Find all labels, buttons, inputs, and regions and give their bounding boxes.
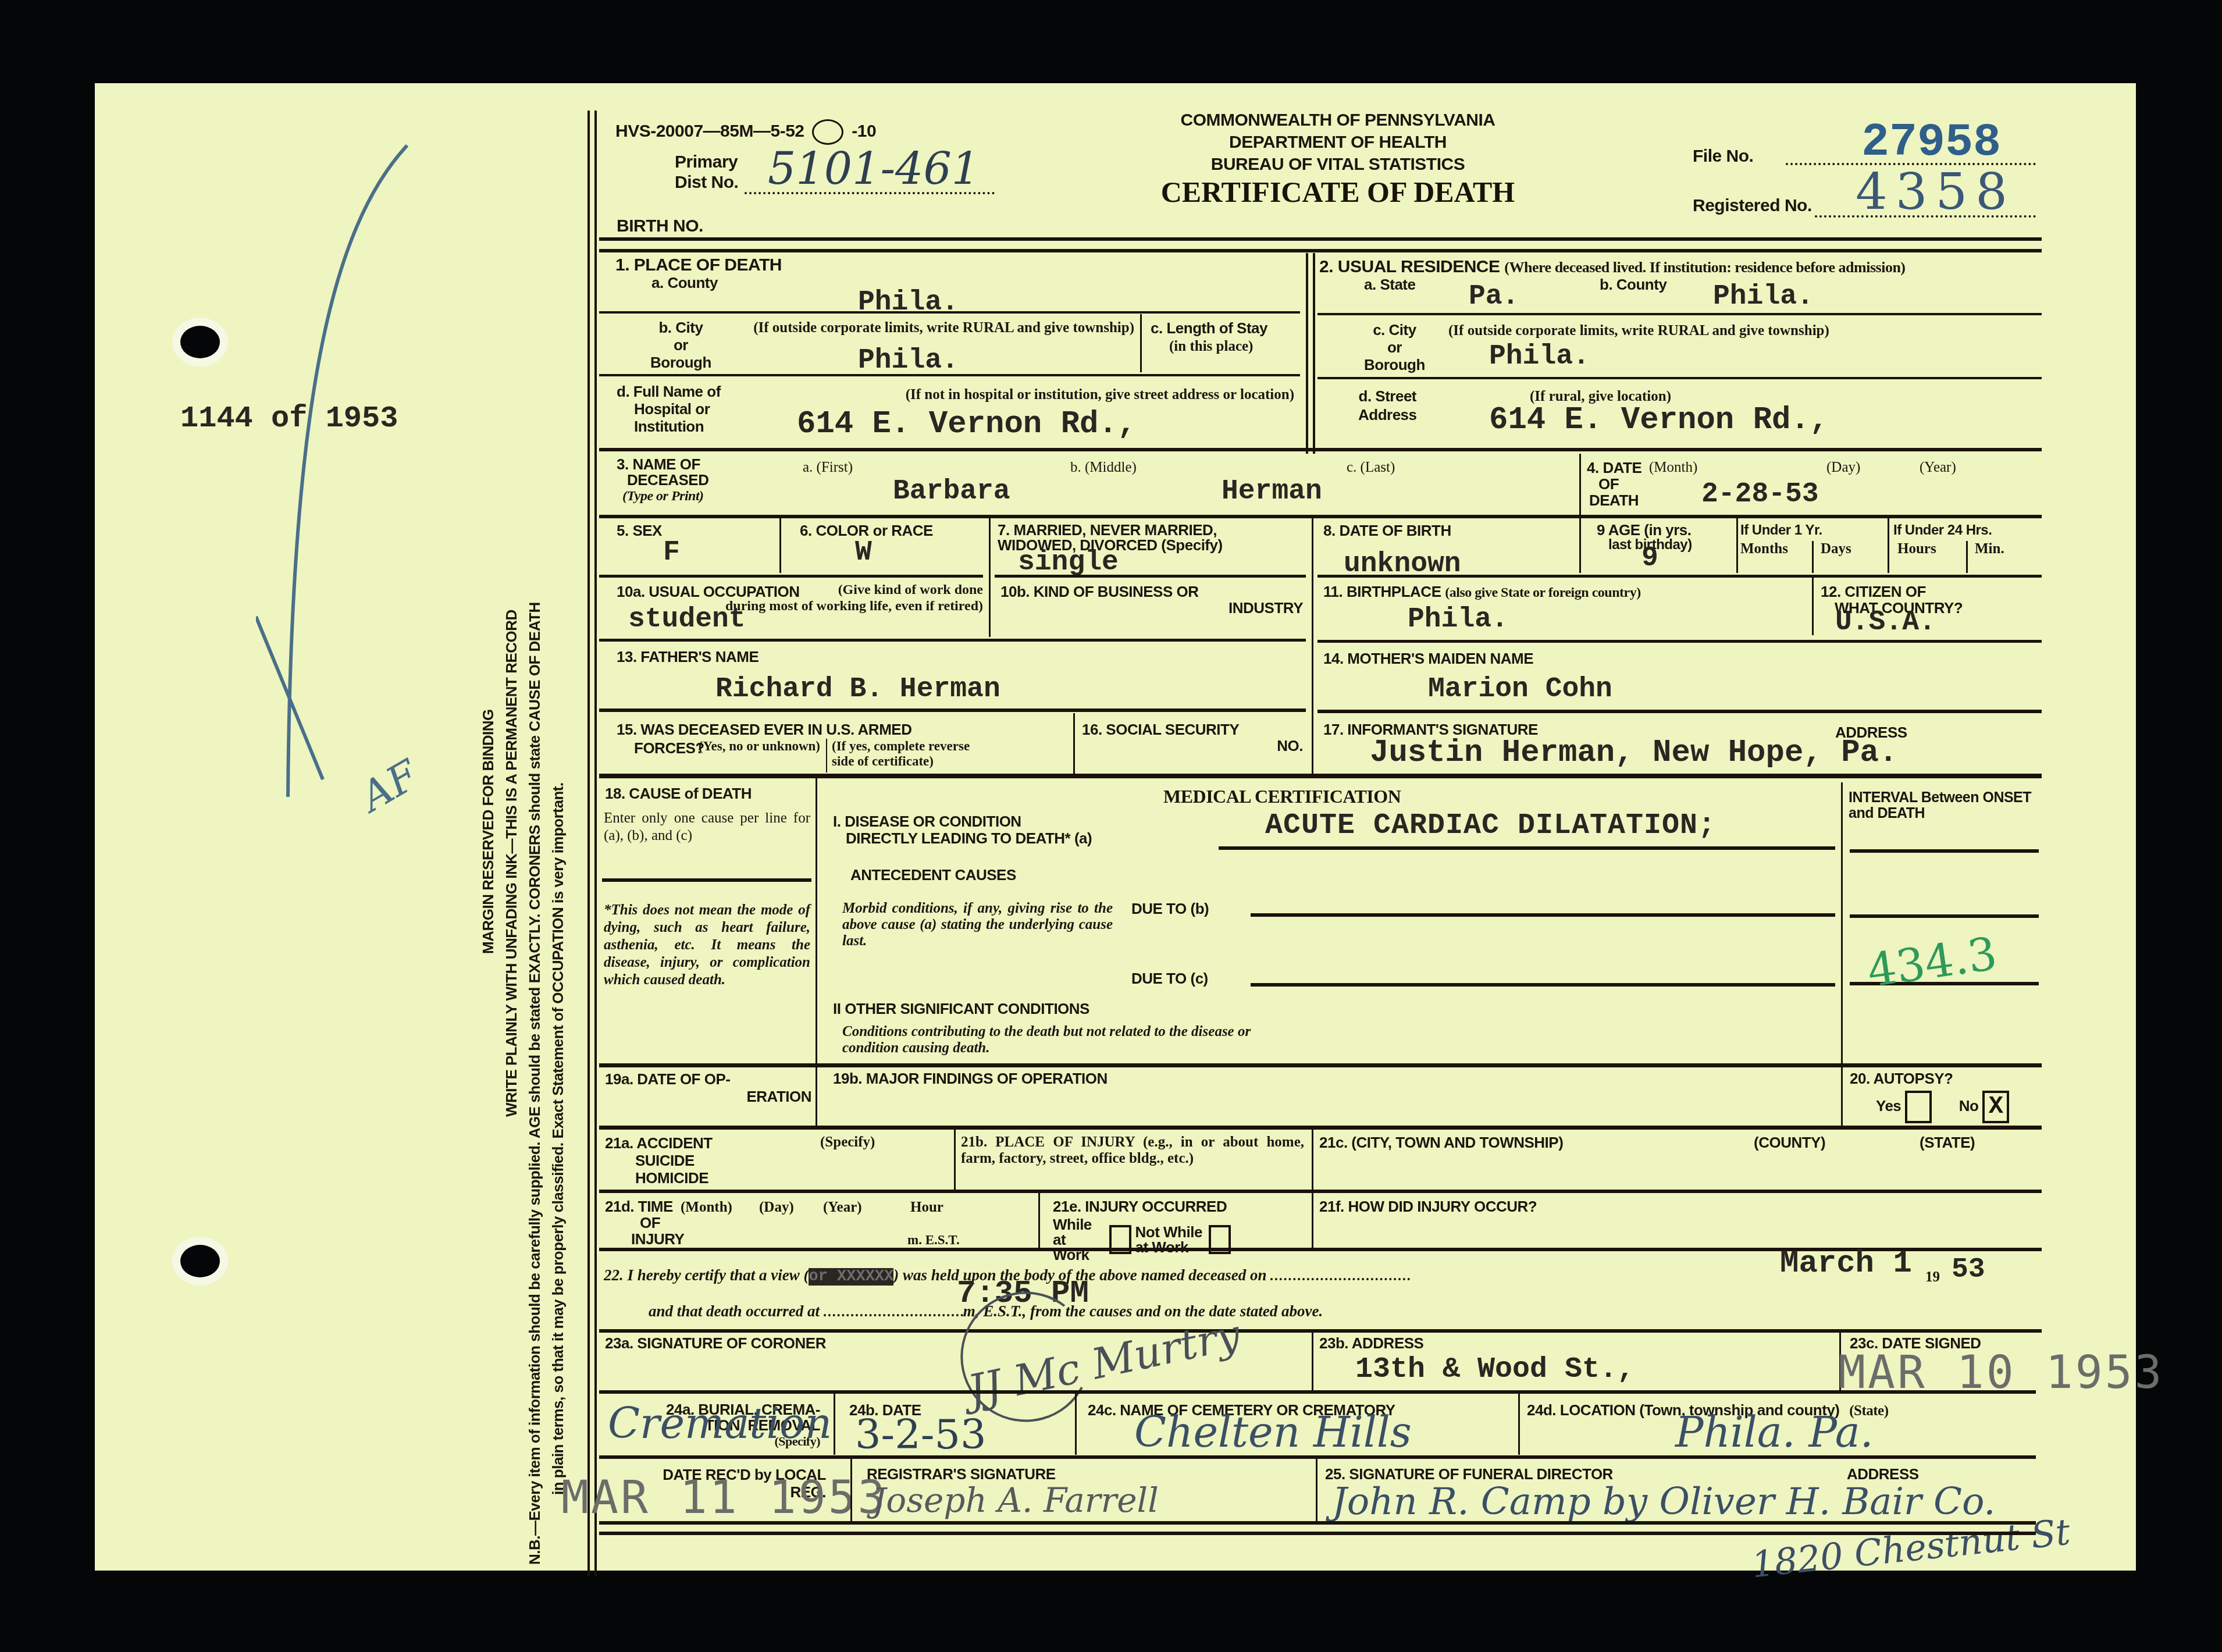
cause-rule	[602, 878, 811, 882]
section-rule	[599, 515, 2042, 518]
agency-line-3: BUREAU OF VITAL STATISTICS	[1105, 154, 1571, 176]
accident-label-3: HOMICIDE	[605, 1169, 713, 1187]
birthplace-hint: (also give State or foreign country)	[1445, 585, 1640, 600]
interval-line-a	[1850, 849, 2039, 853]
nb-note-line-1: N.B.—Every item of information should be…	[526, 602, 543, 1565]
row-rule	[1317, 575, 2042, 578]
autopsy-options: Yes No X	[1876, 1091, 2009, 1123]
part1-label: I. DISEASE OR CONDITION DIRECTLY LEADING…	[833, 813, 1092, 847]
form-left-border	[587, 111, 590, 1576]
autopsy-yes-label: Yes	[1876, 1097, 1901, 1115]
pod-city-label-1: b. City	[650, 319, 711, 336]
agency-line-1: COMMONWEALTH OF PENNSYLVANIA	[1105, 109, 1571, 131]
res-street-label: d. Street Address	[1358, 387, 1417, 424]
race-value: W	[855, 538, 872, 567]
row-rule	[1317, 710, 2042, 713]
dist-no-value: 5101-461	[768, 143, 980, 194]
pod-hospital-hint: (If not in hospital or institution, give…	[814, 387, 1294, 403]
dod-year-label: (Year)	[1920, 460, 1956, 475]
while-work-option: While at Work Not While at Work	[1053, 1217, 1297, 1262]
other-conditions-label: II OTHER SIGNIFICANT CONDITIONS	[833, 1001, 1089, 1017]
mother-value: Marion Cohn	[1428, 675, 1612, 704]
section-rule	[599, 1190, 2042, 1193]
form-left-border-inner	[594, 111, 597, 1576]
section-rule	[599, 1329, 2042, 1333]
cause-instructions: Enter only one cause per line for (a), (…	[604, 810, 810, 845]
res-city-label-2: or	[1364, 339, 1425, 356]
pod-hospital-label-2: Hospital or	[617, 400, 721, 418]
marital-value: single	[1018, 548, 1119, 577]
cert-text-3: and that death occurred at	[649, 1302, 820, 1320]
col-divider	[1518, 1394, 1520, 1455]
autopsy-no-label: No	[1959, 1097, 1979, 1115]
res-state-value: Pa.	[1469, 282, 1519, 311]
year-prefix: 19	[1925, 1269, 1940, 1285]
age-value: 9	[1641, 544, 1658, 573]
form-code-text: HVS-20007—85M—5-52	[615, 122, 804, 141]
dod-divider	[1579, 454, 1581, 518]
file-no-label: File No.	[1693, 148, 1753, 165]
injury-day-label: (Day)	[759, 1199, 794, 1215]
name-label-2: DECEASED	[617, 472, 708, 488]
coroner-signature-label: 23a. SIGNATURE OF CORONER	[605, 1335, 826, 1351]
part1-label-1: I. DISEASE OR CONDITION	[833, 813, 1092, 830]
header-rule-2	[599, 249, 2042, 252]
accident-label-1: 21a. ACCIDENT	[605, 1134, 713, 1152]
registrar-signature: Joseph A. Farrell	[873, 1480, 1159, 1520]
name-label-1: 3. NAME OF	[617, 457, 708, 472]
dod-label-1: 4. DATE	[1587, 460, 1641, 476]
col-divider	[1812, 577, 1814, 635]
cause-line-c	[1251, 983, 1835, 987]
accident-specify: (Specify)	[820, 1134, 875, 1150]
received-date-stamp: MAR 11 1953	[561, 1472, 888, 1524]
col-divider	[954, 1130, 956, 1191]
punch-hole-bottom	[180, 1245, 220, 1277]
pod-hospital-label: d. Full Name of Hospital or Institution	[617, 383, 721, 435]
bottom-rule-2	[599, 1532, 2036, 1535]
section-1-2-divider-b	[1313, 253, 1315, 454]
row-rule	[599, 639, 1306, 642]
stay-divider	[1140, 314, 1142, 372]
agency-block: COMMONWEALTH OF PENNSYLVANIA DEPARTMENT …	[1105, 109, 1571, 208]
dod-month-label: (Month)	[1649, 460, 1697, 475]
col-divider	[1073, 713, 1075, 776]
dod-label-2: OF	[1587, 476, 1641, 492]
row-rule	[599, 311, 1300, 314]
res-street-label-2: Address	[1358, 405, 1417, 424]
ssn-label: 16. SOCIAL SECURITY NO.	[1082, 721, 1303, 754]
header-rule	[599, 237, 2042, 241]
col-divider	[1736, 518, 1738, 573]
registered-no-value: 4358	[1856, 163, 2016, 221]
op-date-label-2: ERATION	[605, 1088, 811, 1105]
hours-label: Hours	[1897, 541, 1936, 557]
col-divider	[989, 518, 991, 637]
accident-label: 21a. ACCIDENT SUICIDE HOMICIDE	[605, 1134, 713, 1187]
cert-time-line	[824, 1314, 963, 1316]
marital-label-1: 7. MARRIED, NEVER MARRIED,	[998, 522, 1223, 537]
col-divider	[1812, 541, 1814, 573]
pod-city-value: Phila.	[858, 346, 959, 375]
punch-hole-top	[180, 326, 220, 358]
first-name-value: Barbara	[893, 477, 1010, 506]
sex-label: 5. SEX	[617, 522, 662, 539]
injury-city-label: 21c. (CITY, TOWN AND TOWNSHIP)	[1319, 1134, 1563, 1151]
usual-residence-title: 2. USUAL RESIDENCE	[1319, 257, 1500, 276]
place-of-death-heading: 1. PLACE OF DEATH	[615, 257, 782, 273]
section-rule	[599, 1390, 2036, 1394]
binding-note: MARGIN RESERVED FOR BINDING	[480, 709, 496, 954]
min-label: Min.	[1975, 541, 2004, 557]
injury-county-label: (COUNTY)	[1754, 1134, 1825, 1151]
op-findings-label: 19b. MAJOR FINDINGS OF OPERATION	[833, 1070, 1108, 1087]
part1-label-2-text: DIRECTLY LEADING TO DEATH*	[846, 829, 1070, 847]
funeral-director-signature: John R. Camp by Oliver H. Bair Co.	[1332, 1480, 1996, 1523]
res-street-value: 614 E. Vernon Rd.,	[1489, 406, 1828, 435]
father-value: Richard B. Herman	[715, 675, 1000, 704]
injury-occurred-label: 21e. INJURY OCCURRED	[1053, 1198, 1227, 1215]
mother-label: 14. MOTHER'S MAIDEN NAME	[1323, 650, 1533, 667]
cert-struck-text: or XXXXXX	[809, 1268, 893, 1286]
nb-note-line-2: in plain terms, so that it may be proper…	[550, 782, 566, 1495]
business-label-1: 10b. KIND OF BUSINESS OR	[1000, 583, 1303, 600]
row-rule	[599, 708, 1306, 712]
res-city-label-1: c. City	[1364, 321, 1425, 339]
injury-year-label: (Year)	[823, 1199, 862, 1215]
informant-value: Justin Herman, New Hope, Pa.	[1370, 739, 1897, 768]
view-year-value: 53	[1952, 1255, 1985, 1284]
autopsy-label: 20. AUTOPSY?	[1850, 1070, 1953, 1087]
location-value: Phila. Pa.	[1675, 1408, 1874, 1457]
pod-hospital-label-1: d. Full Name of	[617, 383, 721, 400]
col-divider	[850, 1459, 852, 1523]
section-rule	[599, 1126, 2042, 1130]
arrow-annotation-icon	[256, 111, 448, 838]
age-label-1: 9 AGE (in yrs.	[1597, 522, 1692, 537]
ssn-label-1: 16. SOCIAL SECURITY	[1082, 721, 1303, 738]
section-rule	[599, 1455, 2036, 1459]
due-to-c-label: DUE TO (c)	[1131, 970, 1208, 987]
pod-county-label: a. County	[651, 275, 718, 291]
bottom-rule	[599, 1521, 2036, 1525]
pod-city-label: b. City or Borough	[650, 319, 711, 371]
dist-no-label: Dist No.	[675, 175, 738, 191]
birthplace-label-text: 11. BIRTHPLACE	[1323, 583, 1441, 600]
primary-label: Primary	[675, 154, 738, 170]
cause-line-a	[1219, 846, 1835, 850]
row-rule	[1317, 377, 2042, 379]
cemetery-value: Chelten Hills	[1134, 1408, 1412, 1457]
coroner-address-label: 23b. ADDRESS	[1319, 1335, 1423, 1351]
sex-value: F	[663, 538, 680, 567]
res-city-label-3: Borough	[1364, 356, 1425, 373]
disposition-date-value: 3-2-53	[855, 1411, 986, 1458]
col-divider	[1312, 518, 1313, 774]
section-rule	[599, 774, 2042, 778]
cause-line-a-value: ACUTE CARDIAC DILATATION;	[1265, 811, 1716, 841]
interval-divider	[1841, 782, 1843, 1064]
business-label: 10b. KIND OF BUSINESS OR INDUSTRY	[1000, 583, 1303, 616]
birth-no-label: BIRTH NO.	[617, 218, 703, 234]
funeral-director-label: 25. SIGNATURE OF FUNERAL DIRECTOR	[1325, 1466, 1613, 1482]
under1-label: If Under 1 Yr.	[1740, 522, 1822, 539]
business-label-2: INDUSTRY	[1000, 600, 1303, 616]
due-to-b-label: DUE TO (b)	[1131, 900, 1209, 917]
usual-residence-heading: 2. USUAL RESIDENCE (Where deceased lived…	[1319, 259, 1906, 275]
injury-how-label: 21f. HOW DID INJURY OCCUR?	[1319, 1198, 1537, 1215]
occupation-value: student	[628, 605, 746, 634]
union-label-icon	[812, 119, 843, 145]
write-plainly-note: WRITE PLAINLY WITH UNFADING INK—THIS IS …	[503, 610, 519, 1117]
line-a-marker: (a)	[1074, 829, 1092, 847]
name-label-3: (Type or Print)	[617, 488, 708, 505]
res-street-hint: (If rural, give location)	[1530, 389, 1671, 404]
pod-stay-label: c. Length of Stay	[1151, 320, 1267, 336]
section-1-2-divider	[1306, 253, 1308, 454]
injury-place-label: 21b. PLACE OF INJURY (e.g., in or about …	[961, 1134, 1304, 1167]
col-divider	[779, 518, 781, 573]
op-date-label-1: 19a. DATE OF OP-	[605, 1070, 811, 1088]
part1-label-2: DIRECTLY LEADING TO DEATH* (a)	[833, 830, 1092, 847]
accident-label-2: SUICIDE	[605, 1152, 713, 1169]
last-label: c. (Last)	[1347, 460, 1395, 475]
birthplace-value: Phila.	[1408, 605, 1508, 634]
col-divider	[1312, 1332, 1313, 1390]
res-county-value: Phila.	[1713, 282, 1814, 311]
cause-footnote: *This does not mean the mode of dying, s…	[604, 902, 810, 989]
name-label: 3. NAME OF DECEASED (Type or Print)	[617, 457, 708, 505]
under24-label: If Under 24 Hrs.	[1893, 522, 1992, 539]
cause-instr-divider	[816, 778, 817, 1063]
dod-label: 4. DATE OF DEATH	[1587, 460, 1641, 508]
pod-city-hint: (If outside corporate limits, write RURA…	[733, 320, 1134, 336]
armed-hint-1: (Yes, no or unknown)	[692, 739, 820, 754]
res-street-label-1: d. Street	[1358, 387, 1417, 405]
file-no-value: 27958	[1861, 116, 2001, 169]
last-name-value: Herman	[1222, 477, 1322, 506]
citizen-value: U.S.A.	[1835, 608, 1936, 637]
autopsy-no-checkbox[interactable]: X	[1982, 1091, 2009, 1123]
col-divider	[1841, 1067, 1843, 1126]
injury-hour-label: Hour	[910, 1199, 943, 1215]
first-label: a. (First)	[803, 460, 853, 475]
pod-city-label-3: Borough	[650, 354, 711, 371]
burial-value: Cremation	[608, 1399, 832, 1448]
res-county-label: b. County	[1600, 276, 1667, 293]
col-divider	[1038, 1193, 1040, 1248]
certificate-title: CERTIFICATE OF DEATH	[1105, 176, 1571, 208]
months-label: Months	[1740, 541, 1788, 557]
pod-hospital-value: 614 E. Vernon Rd.,	[797, 410, 1136, 439]
injury-time-label-2: OF	[605, 1215, 684, 1231]
pod-hospital-label-3: Institution	[617, 418, 721, 435]
agency-line-2: DEPARTMENT OF HEALTH	[1105, 131, 1571, 154]
pod-city-label-2: or	[650, 336, 711, 354]
injury-month-label: (Month)	[681, 1199, 732, 1215]
section-rule	[599, 1063, 2042, 1067]
interval-label: INTERVAL Between ONSET and DEATH	[1849, 790, 2041, 821]
morbid-text: Morbid conditions, if any, giving rise t…	[842, 900, 1113, 949]
registered-no-label: Registered No.	[1693, 198, 1812, 214]
injury-state-label: (STATE)	[1920, 1134, 1975, 1151]
col-divider	[1075, 1394, 1077, 1455]
dob-label: 8. DATE OF BIRTH	[1323, 522, 1451, 539]
injury-time-label-1: 21d. TIME	[605, 1198, 684, 1215]
injury-time-label: 21d. TIME OF INJURY	[605, 1198, 684, 1247]
cause-line-b	[1251, 913, 1835, 917]
funeral-address-label: ADDRESS	[1847, 1466, 1919, 1482]
col-divider	[834, 1394, 835, 1455]
col-divider	[1888, 518, 1889, 573]
col-divider	[816, 1067, 817, 1126]
ssn-label-2: NO.	[1082, 738, 1303, 754]
col-divider	[1579, 518, 1581, 573]
row-rule	[995, 575, 1306, 578]
row-rule	[599, 575, 983, 578]
other-conditions-hint: Conditions contributing to the death but…	[842, 1024, 1308, 1056]
date-of-death-value: 2-28-53	[1701, 480, 1819, 509]
pod-stay-hint: (in this place)	[1169, 339, 1253, 354]
days-label: Days	[1821, 541, 1851, 557]
view-date-value: March 1	[1780, 1249, 1912, 1279]
col-divider	[1966, 541, 1968, 573]
armed-hint-2: (If yes, complete reverse side of certif…	[832, 739, 971, 769]
citizen-label-1: 12. CITIZEN OF	[1821, 583, 1963, 600]
res-city-hint: (If outside corporate limits, write RURA…	[1448, 323, 1829, 339]
antecedent-label: ANTECEDENT CAUSES	[850, 867, 1016, 883]
coroner-address-value: 13th & Wood St.,	[1355, 1355, 1635, 1384]
registrar-signature-label: REGISTRAR'S SIGNATURE	[867, 1466, 1056, 1482]
middle-label: b. (Middle)	[1070, 460, 1137, 475]
usual-residence-hint: (Where deceased lived. If institution: r…	[1504, 259, 1905, 276]
res-state-label: a. State	[1364, 276, 1416, 293]
medical-certification-title: MEDICAL CERTIFICATION	[1163, 788, 1401, 804]
while-work-label: While at Work	[1053, 1217, 1105, 1262]
injury-time-label-3: INJURY	[605, 1231, 684, 1247]
injury-est-label: m. E.S.T.	[907, 1232, 960, 1248]
dod-day-label: (Day)	[1826, 460, 1860, 475]
row-rule	[599, 374, 1300, 376]
row-rule	[1317, 640, 2042, 643]
op-date-label: 19a. DATE OF OP- ERATION	[605, 1070, 811, 1105]
row-rule	[1317, 313, 2042, 315]
res-city-label: c. City or Borough	[1364, 321, 1425, 373]
autopsy-yes-checkbox[interactable]	[1905, 1091, 1932, 1123]
dod-label-3: DEATH	[1587, 492, 1641, 508]
res-city-value: Phila.	[1489, 342, 1590, 371]
form-code-suffix: -10	[852, 122, 876, 141]
col-divider	[826, 739, 827, 772]
section-rule	[599, 448, 2042, 451]
form-code: HVS-20007—85M—5-52 -10	[615, 119, 876, 145]
interval-line-b	[1850, 914, 2039, 918]
cert-date-line	[1270, 1278, 1410, 1280]
armed-label: 15. WAS DECEASED EVER IN U.S. ARMED	[617, 721, 911, 738]
father-label: 13. FATHER'S NAME	[617, 649, 759, 665]
cause-label: 18. CAUSE of DEATH	[605, 785, 752, 802]
birthplace-label: 11. BIRTHPLACE (also give State or forei…	[1323, 583, 1641, 601]
col-divider	[1316, 1459, 1317, 1523]
cert-text-1: 22. I hereby certify that a view (	[604, 1266, 809, 1284]
race-label: 6. COLOR or RACE	[800, 522, 933, 539]
